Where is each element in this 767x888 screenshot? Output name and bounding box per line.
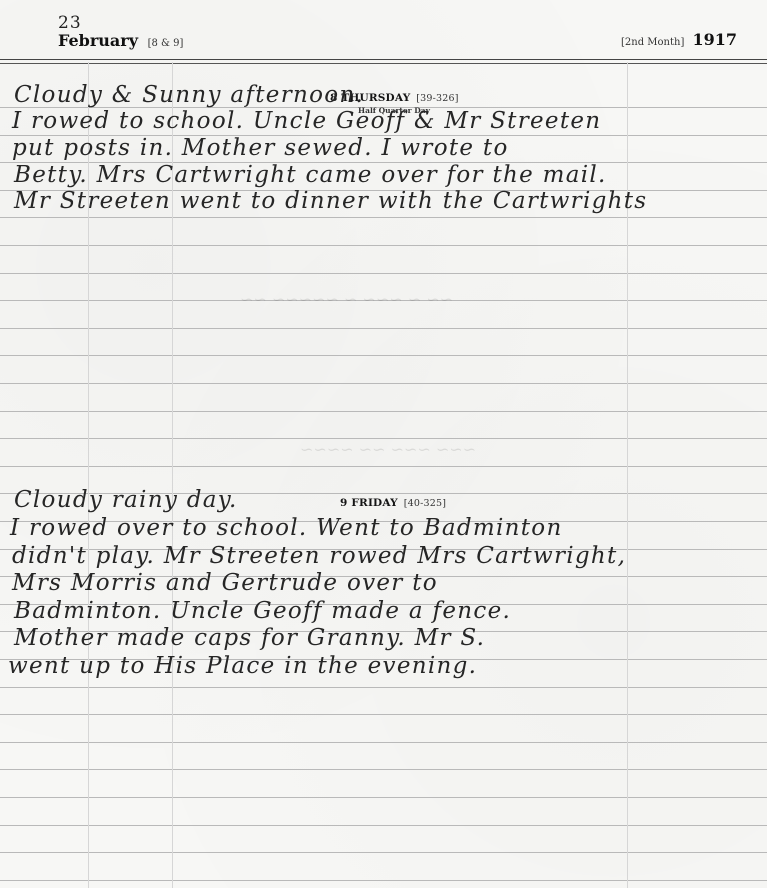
fold-line [627, 62, 628, 888]
ruled-line [0, 852, 767, 853]
entry-line: Badminton. Uncle Geoff made a fence. [14, 598, 511, 624]
entry-line: Betty. Mrs Cartwright came over for the … [14, 162, 607, 188]
ruled-line [0, 880, 767, 881]
ruled-line [0, 714, 767, 715]
month-name: February [58, 31, 138, 50]
ruled-line [0, 411, 767, 412]
entry-line: Cloudy & Sunny afternoon. [14, 82, 364, 108]
page-number: 23 [58, 13, 82, 33]
ruled-line [0, 383, 767, 384]
ruled-line [0, 687, 767, 688]
entry-line: went up to His Place in the evening. [8, 653, 477, 679]
ruled-line [0, 217, 767, 218]
day-range: [40-325] [404, 498, 446, 509]
ruled-line [0, 797, 767, 798]
month-heading: February [8 & 9] [58, 31, 183, 50]
bleed-through-text: ~~~ ~~~ ~~ ~~~~ [300, 440, 476, 459]
entry-line: I rowed over to school. Went to Badminto… [10, 515, 563, 541]
entry-line: Mother made caps for Granny. Mr S. [14, 625, 485, 651]
day-name: 9 FRIDAY [340, 497, 398, 509]
ruled-line [0, 355, 767, 356]
year: 1917 [692, 30, 737, 49]
entry-line: Cloudy rainy day. [14, 487, 238, 513]
month-index: [2nd Month] [621, 37, 684, 48]
ruled-line [0, 825, 767, 826]
diary-page: 23 February [8 & 9] [2nd Month] 1917 ~~ … [0, 0, 767, 888]
header-double-rule [0, 59, 767, 64]
ruled-line [0, 273, 767, 274]
ruled-line [0, 438, 767, 439]
entry-line: Mrs Morris and Gertrude over to [12, 570, 438, 596]
day-range: [39-326] [416, 93, 458, 104]
ruled-line [0, 466, 767, 467]
entry-line: didn't play. Mr Streeten rowed Mrs Cartw… [12, 543, 626, 569]
entry-line: put posts in. Mother sewed. I wrote to [12, 135, 509, 161]
bleed-through-text: ~~ ~ ~~~ ~ ~~~~~ ~~ [240, 290, 453, 309]
ruled-line [0, 769, 767, 770]
ruled-line [0, 328, 767, 329]
ruled-line [0, 245, 767, 246]
ruled-line [0, 742, 767, 743]
day-label-friday: 9 FRIDAY [40-325] [340, 497, 446, 509]
year-heading: [2nd Month] 1917 [621, 30, 737, 49]
entry-line: I rowed to school. Uncle Geoff & Mr Stre… [12, 108, 601, 134]
month-days: [8 & 9] [148, 38, 184, 49]
entry-line: Mr Streeten went to dinner with the Cart… [14, 188, 647, 214]
